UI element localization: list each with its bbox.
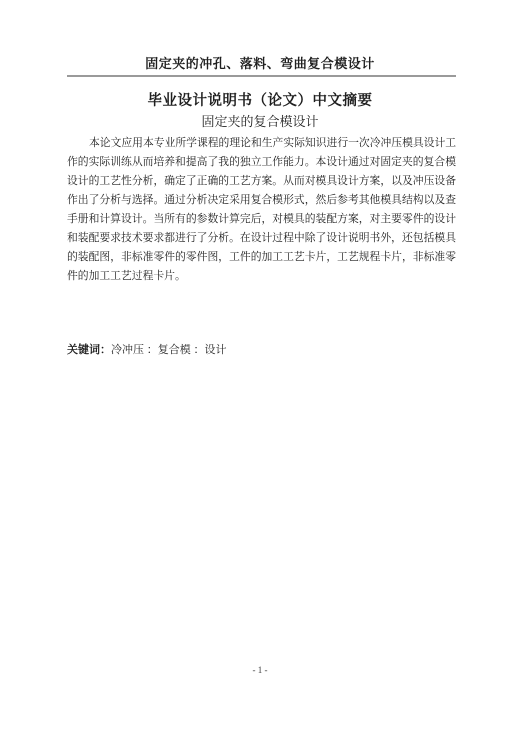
abstract-line: 作的实际训练从而培养和提高了我的独立工作能力。本设计通过对固定夹的复合模 [67, 153, 456, 172]
document-page: 固定夹的冲孔、落料、弯曲复合模设计 毕业设计说明书（论文）中文摘要 固定夹的复合… [0, 0, 520, 735]
abstract-line: 作出了分析与选择。通过分析决定采用复合模形式，然后参考其他模具结构以及查 [67, 191, 456, 210]
abstract-line: 本论文应用本专业所学课程的理论和生产实际知识进行一次冷冲压模具设计工 [67, 134, 456, 153]
keywords-line: 关键词：冷冲压 ：复合模 ：设计 [67, 342, 456, 358]
abstract-line: 手册和计算设计。当所有的参数计算完后，对模具的装配方案，对主要零件的设计 [67, 210, 456, 229]
running-header: 固定夹的冲孔、落料、弯曲复合模设计 [0, 55, 520, 73]
keywords-value: 冷冲压 ：复合模 ：设计 [111, 344, 227, 356]
abstract-line: 和装配要求技术要求都进行了分析。在设计过程中除了设计说明书外，还包括模具 [67, 229, 456, 248]
abstract-line: 件的加工工艺过程卡片。 [67, 267, 456, 286]
abstract-line: 的装配图，非标准零件的零件图，工件的加工工艺卡片，工艺规程卡片，非标准零 [67, 248, 456, 267]
page-title: 毕业设计说明书（论文）中文摘要 [0, 91, 520, 111]
page-subtitle: 固定夹的复合模设计 [0, 113, 520, 131]
page-number: - 1 - [0, 664, 520, 676]
header-rule [67, 75, 456, 77]
abstract-paragraph: 本论文应用本专业所学课程的理论和生产实际知识进行一次冷冲压模具设计工 作的实际训… [67, 134, 456, 286]
keywords-label: 关键词： [67, 344, 111, 356]
abstract-line: 设计的工艺性分析，确定了正确的工艺方案。从而对模具设计方案，以及冲压设备 [67, 172, 456, 191]
